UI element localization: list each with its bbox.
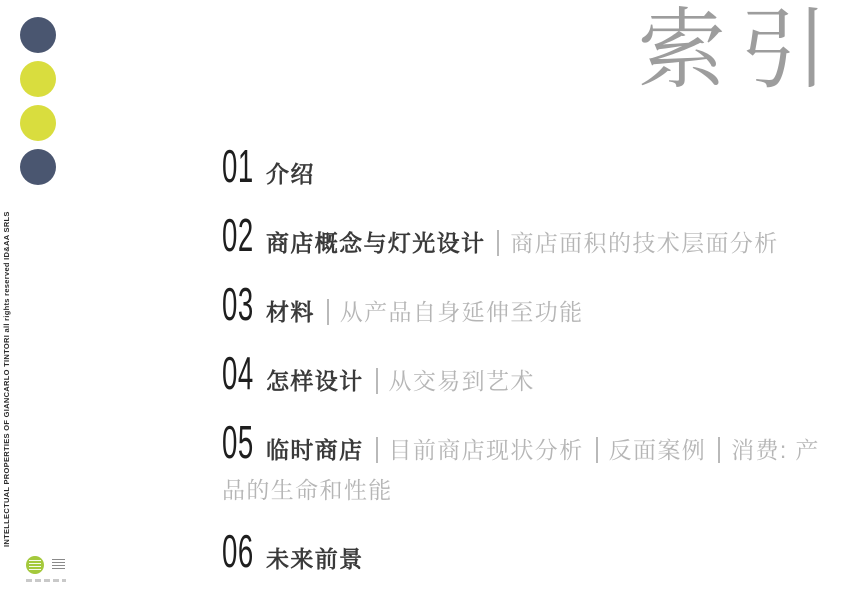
toc-item-subtitle: 从产品自身延伸至功能 [340, 299, 584, 325]
toc-separator-bar [596, 437, 598, 463]
toc-item-title: 未来前景 [266, 546, 364, 572]
toc-item: 05临时商店目前商店现状分析反面案例消费: 产品的生命和性能 [222, 422, 840, 510]
agency-logo-circle-icon [26, 556, 44, 574]
toc-item-subtitle: 从交易到艺术 [389, 368, 535, 394]
copyright-vertical-text: INTELLECTUAL PROPERTIES OF GIANCARLO TIN… [2, 255, 11, 547]
toc-list: 01介绍02商店概念与灯光设计商店面积的技术层面分析03材料从产品自身延伸至功能… [222, 146, 840, 600]
agency-logo-subtext-block [26, 579, 66, 582]
decor-dot-navy-bottom [20, 149, 56, 185]
toc-separator-bar [718, 437, 720, 463]
toc-item-number: 05 [222, 422, 248, 462]
toc-item: 04怎样设计从交易到艺术 [222, 353, 840, 401]
decor-dot-chartreuse-2 [20, 105, 56, 141]
toc-separator-bar [327, 299, 329, 325]
toc-separator-bar [376, 437, 378, 463]
decor-dot-navy-top [20, 17, 56, 53]
toc-item-title: 介绍 [266, 161, 315, 187]
decor-dot-column [20, 17, 56, 193]
toc-item: 01介绍 [222, 146, 840, 194]
agency-logo [26, 554, 70, 584]
toc-item-title: 商店概念与灯光设计 [266, 230, 485, 256]
toc-item-number: 04 [222, 353, 248, 393]
toc-item-title: 材料 [266, 299, 315, 325]
toc-item: 06未来前景 [222, 531, 840, 579]
toc-item-title: 怎样设计 [266, 368, 364, 394]
toc-item-subtitle: 商店面积的技术层面分析 [510, 230, 778, 256]
toc-item-subtitle: 反面案例 [609, 437, 707, 463]
decor-dot-chartreuse-1 [20, 61, 56, 97]
toc-item: 03材料从产品自身延伸至功能 [222, 284, 840, 332]
slide-canvas: 索引 INTELLECTUAL PROPERTIES OF GIANCARLO … [0, 0, 854, 604]
toc-item-number: 01 [222, 146, 248, 186]
toc-item-number: 02 [222, 215, 248, 255]
agency-logo-text-block [52, 559, 65, 570]
toc-item: 02商店概念与灯光设计商店面积的技术层面分析 [222, 215, 840, 263]
toc-separator-bar [376, 368, 378, 394]
toc-item-subtitle: 目前商店现状分析 [389, 437, 584, 463]
page-title: 索引 [638, 2, 842, 99]
toc-item-title: 临时商店 [266, 437, 364, 463]
toc-item-number: 03 [222, 284, 248, 324]
toc-item-number: 06 [222, 531, 248, 571]
toc-separator-bar [497, 230, 499, 256]
